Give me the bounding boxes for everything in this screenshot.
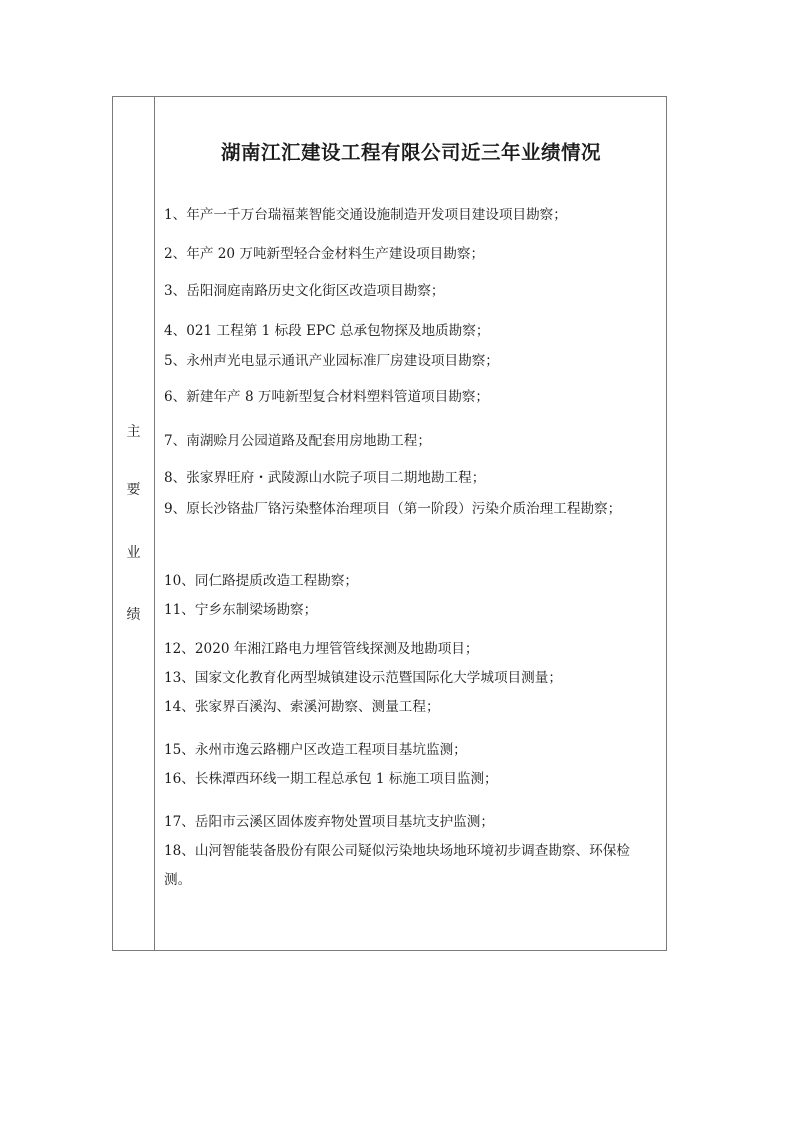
side-label-char: 主 bbox=[113, 424, 154, 440]
list-item: 11、宁乡东制梁场勘察； bbox=[164, 596, 656, 625]
list-item: 17、岳阳市云溪区固体废弃物处置项目基坑支护监测； bbox=[164, 808, 656, 837]
list-item: 12、2020 年湘江路电力埋管管线探测及地勘项目； bbox=[164, 635, 656, 664]
content-cell: 湖南江汇建设工程有限公司近三年业绩情况 1、年产一千万台瑞福莱智能交通设施制造开… bbox=[156, 97, 666, 950]
list-item: 7、南湖赊月公园道路及配套用房地勘工程； bbox=[164, 427, 656, 456]
list-item: 13、国家文化教育化两型城镇建设示范暨国际化大学城项目测量； bbox=[164, 664, 656, 693]
side-label-char: 绩 bbox=[113, 607, 154, 623]
list-item: 14、张家界百溪沟、索溪河勘察、测量工程； bbox=[164, 693, 656, 722]
list-item: 9、原长沙铬盐厂铬污染整体治理项目（第一阶段）污染介质治理工程勘察； bbox=[164, 495, 656, 524]
list-item: 1、年产一千万台瑞福莱智能交通设施制造开发项目建设项目勘察； bbox=[164, 201, 656, 230]
list-item: 16、长株潭西环线一期工程总承包 1 标施工项目监测； bbox=[164, 765, 656, 794]
list-item: 8、张家界旺府・武陵源山水院子项目二期地勘工程； bbox=[164, 464, 656, 493]
list-item: 2、年产 20 万吨新型轻合金材料生产建设项目勘察； bbox=[164, 240, 656, 269]
side-label-column: 主 要 业 绩 bbox=[113, 97, 154, 950]
column-divider bbox=[154, 97, 155, 950]
side-label-char: 业 bbox=[113, 545, 154, 561]
list-item: 3、岳阳洞庭南路历史文化街区改造项目勘察； bbox=[164, 277, 656, 306]
list-item: 18、山河智能装备股份有限公司疑似污染地块场地环境初步调查勘察、环保检测。 bbox=[164, 837, 656, 895]
document-title: 湖南江汇建设工程有限公司近三年业绩情况 bbox=[156, 137, 666, 165]
list-item: 5、永州声光电显示通讯产业园标准厂房建设项目勘察； bbox=[164, 347, 656, 376]
performance-table: 主 要 业 绩 湖南江汇建设工程有限公司近三年业绩情况 1、年产一千万台瑞福莱智… bbox=[112, 96, 667, 951]
list-item: 15、永州市逸云路棚户区改造工程项目基坑监测； bbox=[164, 736, 656, 765]
list-item: 6、新建年产 8 万吨新型复合材料塑料管道项目勘察； bbox=[164, 383, 656, 412]
list-item: 4、021 工程第 1 标段 EPC 总承包物探及地质勘察； bbox=[164, 317, 656, 346]
list-item: 10、同仁路提质改造工程勘察； bbox=[164, 567, 656, 596]
side-label-char: 要 bbox=[113, 482, 154, 498]
